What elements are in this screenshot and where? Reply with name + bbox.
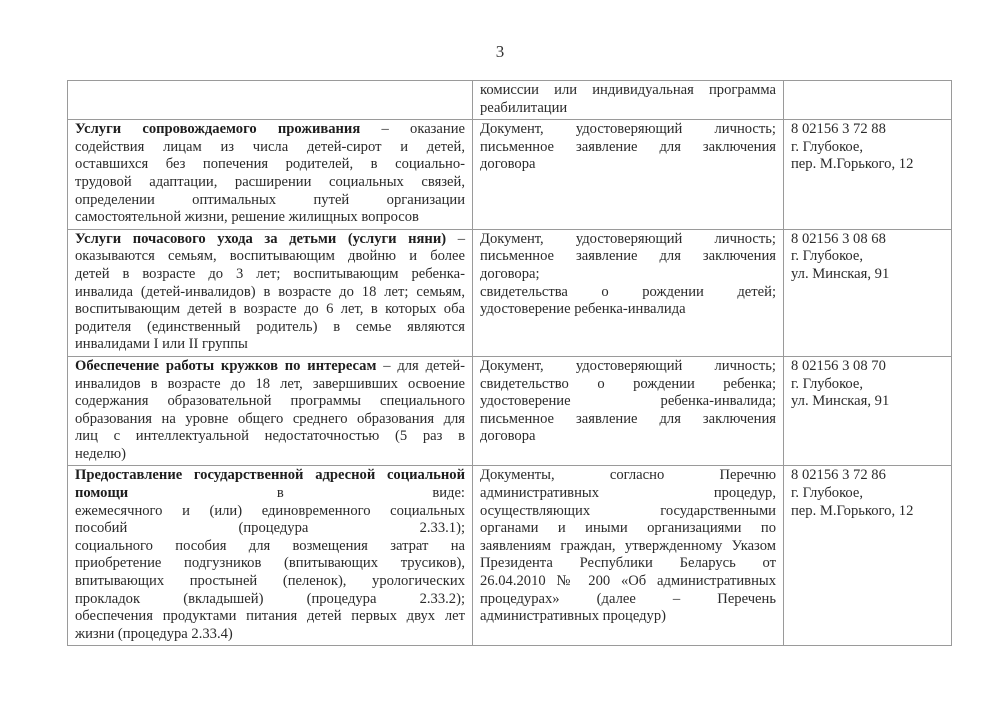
documents-cell: Документ, удостоверяющий личность;письме… [473, 120, 784, 230]
document-line: договора [480, 428, 776, 446]
table-row: Услуги сопровождаемого проживания – оказ… [68, 120, 952, 230]
contact-phone: 8 02156 3 08 68 [791, 231, 944, 249]
document-line: процедурах» (далее – Перечень [480, 591, 776, 609]
documents-cell: Документ, удостоверяющий личность;письме… [473, 229, 784, 356]
document-line: органами и иными организациями по [480, 520, 776, 538]
service-text-line: впитывающих простыней (пеленок), урологи… [75, 573, 465, 591]
service-text-line: Услуги сопровождаемого проживания – оказ… [75, 121, 465, 139]
contact-address: ул. Минская, 91 [791, 393, 944, 411]
document-line: Документ, удостоверяющий личность; [480, 231, 776, 249]
services-table: комиссии или индивидуальная программареа… [67, 80, 952, 646]
service-text-line: инвалидами I или II группы [75, 336, 465, 354]
service-text-line: определении оптимальных путей организаци… [75, 192, 465, 210]
service-text-line: обеспечения продуктами питания детей пер… [75, 608, 465, 626]
table-row: комиссии или индивидуальная программареа… [68, 81, 952, 120]
document-line: Президента Республики Беларусь от [480, 555, 776, 573]
contact-cell: 8 02156 3 72 88г. Глубокое,пер. М.Горько… [784, 120, 952, 230]
document-line: административных процедур, [480, 485, 776, 503]
service-text-line: содержания образовательной программы спе… [75, 393, 465, 411]
service-text-line: неделю) [75, 446, 465, 464]
contact-address: пер. М.Горького, 12 [791, 503, 944, 521]
contact-cell [784, 81, 952, 120]
service-text-line: социального пособия для возмещения затра… [75, 538, 465, 556]
contact-address: ул. Минская, 91 [791, 266, 944, 284]
document-line: Документы, согласно Перечню [480, 467, 776, 485]
service-text-line: пособий (процедура 2.33.1); [75, 520, 465, 538]
contact-phone: 8 02156 3 08 70 [791, 358, 944, 376]
service-text-line: жизни (процедура 2.33.4) [75, 626, 465, 644]
documents-cell: Документы, согласно Перечнюадминистратив… [473, 466, 784, 646]
contact-city: г. Глубокое, [791, 248, 944, 266]
document-line: заявлениям граждан, утвержденному Указом [480, 538, 776, 556]
service-cell: Предоставление государственной адресной … [68, 466, 473, 646]
service-title: Услуги почасового ухода за детьми (услуг… [75, 231, 446, 247]
document-line: административных процедур) [480, 608, 776, 626]
document-line: договора [480, 156, 776, 174]
contact-city: г. Глубокое, [791, 376, 944, 394]
service-text-line: инвалида (детей-инвалидов) в возрасте до… [75, 284, 465, 302]
document-line: письменное заявление для заключения [480, 411, 776, 429]
document-line: свидетельство о рождении ребенка; [480, 376, 776, 394]
service-text-line: оставшихся без попечения родителей, в со… [75, 156, 465, 174]
service-text-line: детей в возрасте до 3 лет; воспитывающим… [75, 266, 465, 284]
document-line: комиссии или индивидуальная программа [480, 82, 776, 100]
table-row: Предоставление государственной адресной … [68, 466, 952, 646]
service-title: Услуги сопровождаемого проживания [75, 121, 360, 137]
service-text-line: ежемесячного и (или) единовременного соц… [75, 503, 465, 521]
service-cell: Услуги почасового ухода за детьми (услуг… [68, 229, 473, 356]
document-line: Документ, удостоверяющий личность; [480, 358, 776, 376]
service-text-line: прокладок (вкладышей) (процедура 2.33.2)… [75, 591, 465, 609]
table-row: Обеспечение работы кружков по интересам … [68, 356, 952, 466]
service-text-line: самостоятельной жизни, решение жилищных … [75, 209, 465, 227]
service-text-line: трудовой адаптации, расширении социальны… [75, 174, 465, 192]
service-text-line: оказываются семьям, воспитывающим двойню… [75, 248, 465, 266]
contact-city: г. Глубокое, [791, 485, 944, 503]
service-text-line: лиц с интеллектуальной недостаточностью … [75, 428, 465, 446]
service-text-line: Предоставление государственной адресной … [75, 467, 465, 485]
documents-cell: комиссии или индивидуальная программареа… [473, 81, 784, 120]
service-text-line: содействия лицам из числа детей-сирот и … [75, 139, 465, 157]
document-line: удостоверение ребенка-инвалида [480, 301, 776, 319]
service-cell [68, 81, 473, 120]
contact-address: пер. М.Горького, 12 [791, 156, 944, 174]
services-table-body: комиссии или индивидуальная программареа… [68, 81, 952, 646]
service-text-line: инвалидов в возрасте до 18 лет, завершив… [75, 376, 465, 394]
documents-cell: Документ, удостоверяющий личность;свидет… [473, 356, 784, 466]
service-text-line: воспитывающим детей в возрасте до 6 лет,… [75, 301, 465, 319]
service-text-line: приобретение подгузников (впитывающих тр… [75, 555, 465, 573]
contact-phone: 8 02156 3 72 88 [791, 121, 944, 139]
service-text-line: Обеспечение работы кружков по интересам … [75, 358, 465, 376]
service-title: помощи [75, 485, 128, 501]
document-line: Документ, удостоверяющий личность; [480, 121, 776, 139]
document-line: осуществляющих государственными [480, 503, 776, 521]
document-line: реабилитации [480, 100, 776, 118]
contact-cell: 8 02156 3 08 70г. Глубокое,ул. Минская, … [784, 356, 952, 466]
document-line: 26.04.2010 № 200 «Об административных [480, 573, 776, 591]
contact-cell: 8 02156 3 72 86г. Глубокое,пер. М.Горько… [784, 466, 952, 646]
service-title: Предоставление государственной адресной … [75, 467, 465, 483]
service-text-line: родителя (единственный родитель) в семье… [75, 319, 465, 337]
service-text-line: Услуги почасового ухода за детьми (услуг… [75, 231, 465, 249]
service-cell: Услуги сопровождаемого проживания – оказ… [68, 120, 473, 230]
contact-phone: 8 02156 3 72 86 [791, 467, 944, 485]
service-title: Обеспечение работы кружков по интересам [75, 358, 376, 374]
document-line: письменное заявление для заключения [480, 139, 776, 157]
document-line: договора; [480, 266, 776, 284]
table-row: Услуги почасового ухода за детьми (услуг… [68, 229, 952, 356]
service-text-line: помощи в виде: [75, 485, 465, 503]
contact-cell: 8 02156 3 08 68г. Глубокое,ул. Минская, … [784, 229, 952, 356]
document-line: письменное заявление для заключения [480, 248, 776, 266]
service-text-line: образования на уровне общего среднего об… [75, 411, 465, 429]
service-cell: Обеспечение работы кружков по интересам … [68, 356, 473, 466]
document-line: удостоверение ребенка-инвалида; [480, 393, 776, 411]
contact-city: г. Глубокое, [791, 139, 944, 157]
document-line: свидетельства о рождении детей; [480, 284, 776, 302]
page-number: 3 [0, 42, 1000, 62]
